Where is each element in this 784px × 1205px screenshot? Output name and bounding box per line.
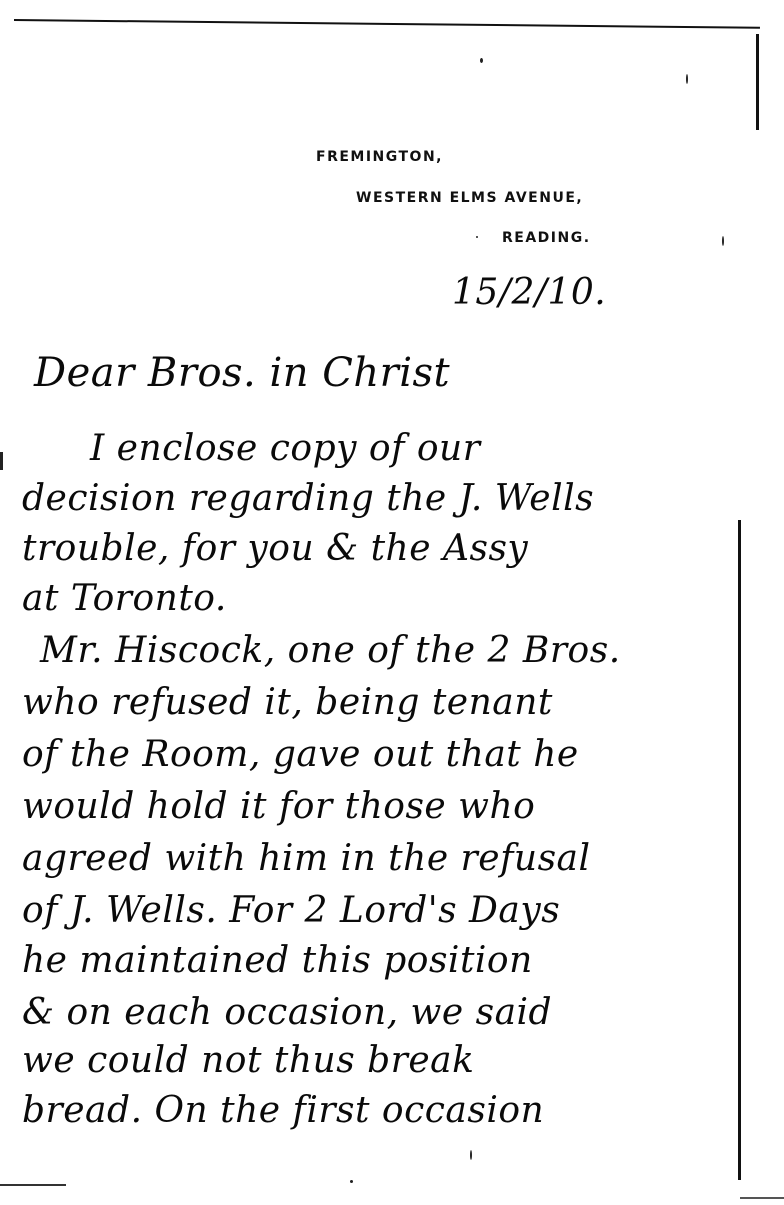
body-line: decision regarding the J. Wells: [22, 478, 594, 519]
letterhead-street: WESTERN ELMS AVENUE,: [356, 190, 583, 206]
body-line: I enclose copy of our: [90, 428, 480, 469]
page-bottom-border-left: [0, 1184, 66, 1186]
scan-speck: [0, 452, 3, 470]
body-line: we could not thus break: [22, 1040, 474, 1081]
page-right-border-upper: [756, 34, 759, 130]
body-line: Mr. Hiscock, one of the 2 Bros.: [40, 630, 621, 671]
body-line: & on each occasion, we said: [22, 992, 552, 1033]
letter-page: FREMINGTON, WESTERN ELMS AVENUE, READING…: [0, 0, 784, 1205]
body-line: of J. Wells. For 2 Lord's Days: [22, 890, 560, 931]
page-right-border-lower: [738, 520, 741, 1180]
letterhead-town: READING.: [502, 230, 591, 246]
page-top-border: [14, 19, 760, 29]
body-line: trouble, for you & the Assy: [22, 528, 528, 569]
scan-speck: [476, 236, 478, 238]
body-line: of the Room, gave out that he: [22, 734, 579, 775]
body-line: at Toronto.: [22, 578, 227, 619]
body-line: he maintained this position: [22, 940, 533, 981]
letter-date: 15/2/10.: [452, 272, 606, 313]
body-line: bread. On the first occasion: [22, 1090, 544, 1131]
scan-speck: [350, 1180, 353, 1183]
body-line: who refused it, being tenant: [22, 682, 553, 723]
letter-salutation: Dear Bros. in Christ: [34, 350, 450, 396]
letterhead-house-name: FREMINGTON,: [316, 149, 443, 165]
scan-speck: [470, 1150, 472, 1160]
scan-speck: [686, 74, 688, 84]
scan-speck: [722, 236, 724, 246]
body-line: agreed with him in the refusal: [22, 838, 591, 879]
body-line: would hold it for those who: [22, 786, 535, 827]
scan-speck: [480, 58, 483, 63]
page-bottom-border-right: [740, 1197, 784, 1199]
